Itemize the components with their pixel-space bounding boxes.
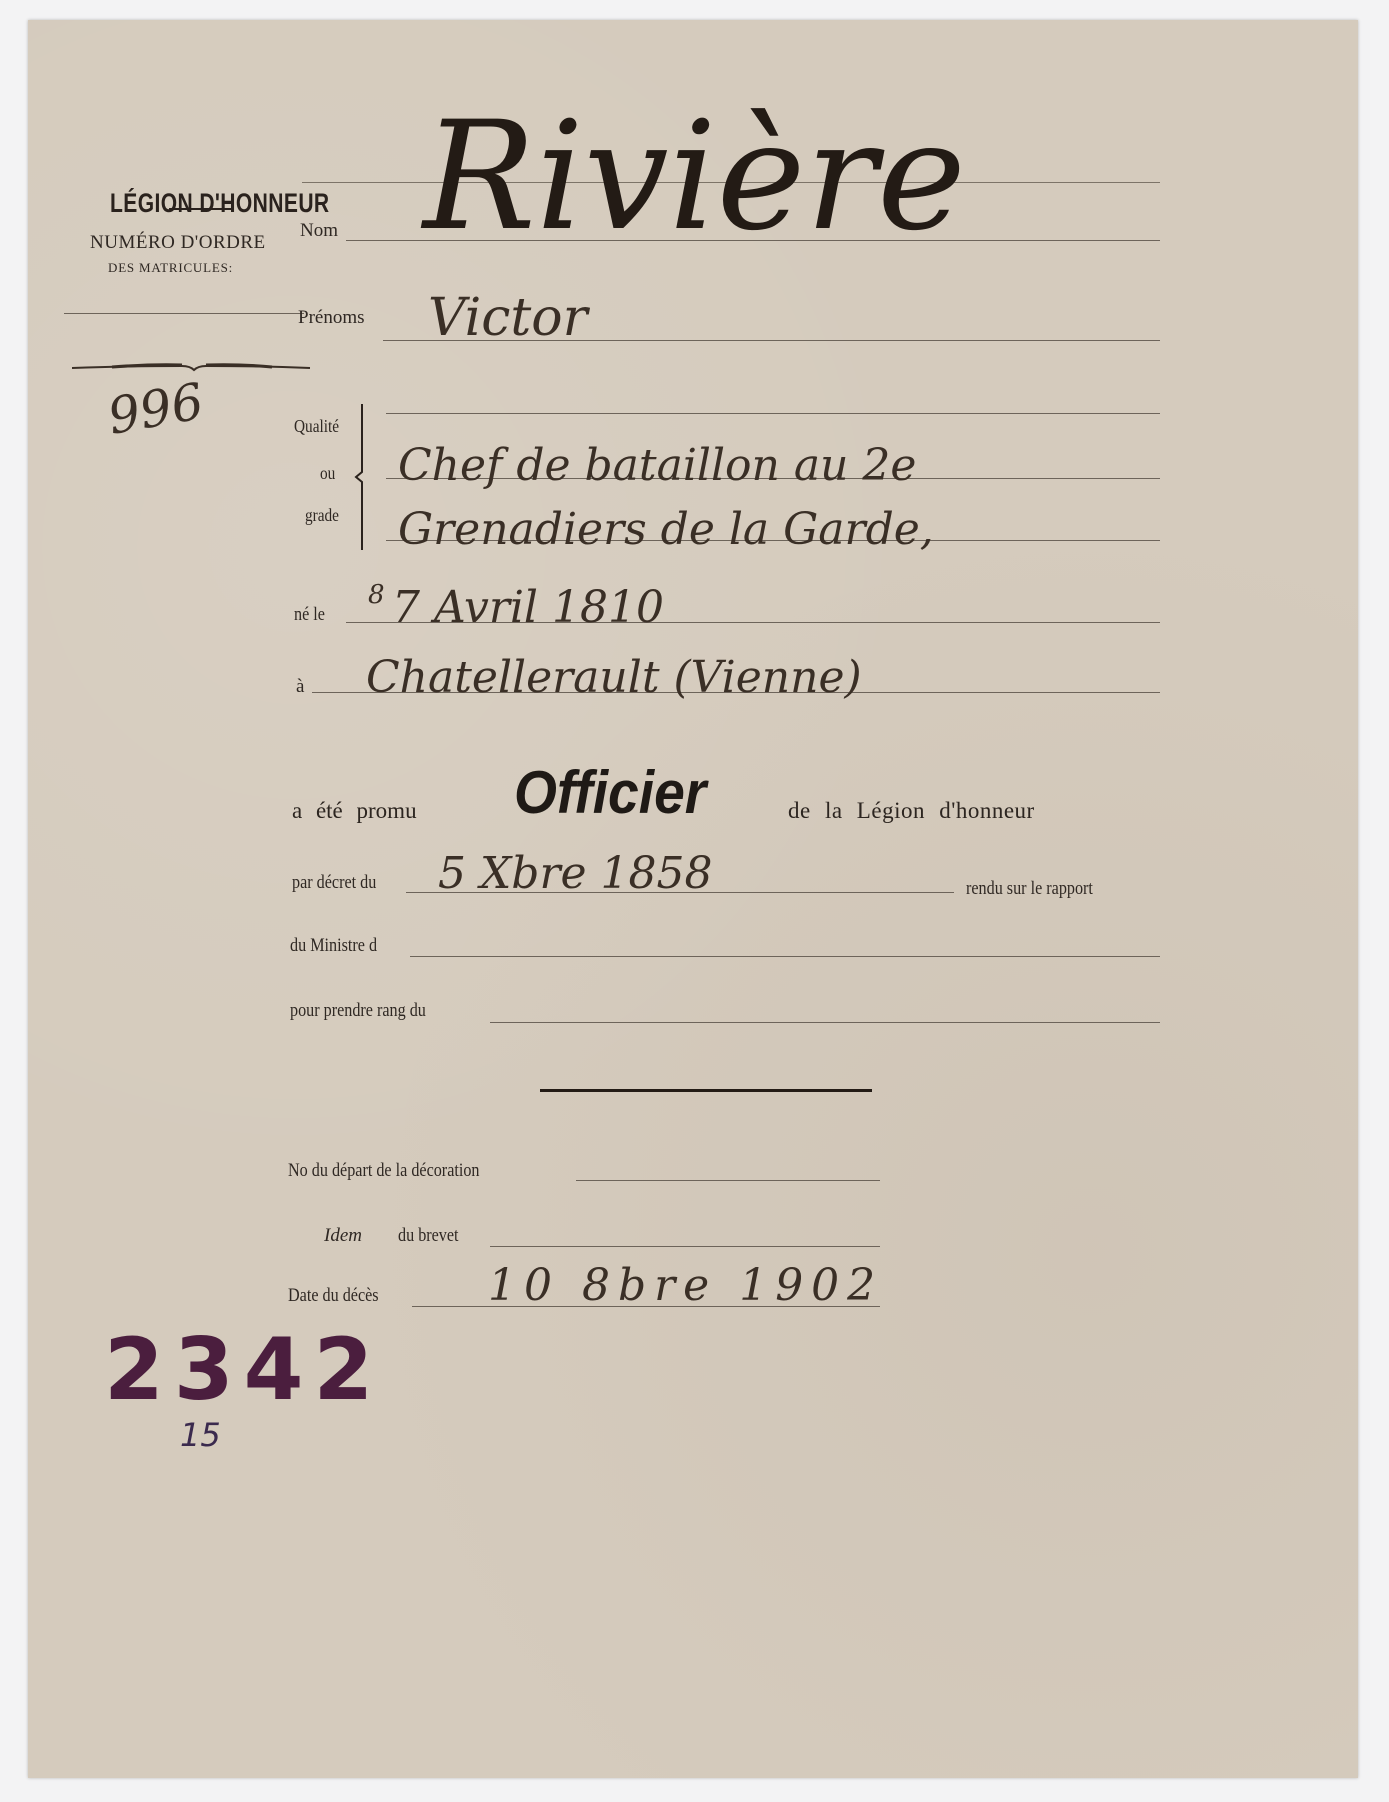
- ministre-label: du Ministre d: [290, 935, 377, 957]
- promotion-rank: Officier: [514, 758, 706, 827]
- promotion-prefix: a été promu: [292, 798, 417, 824]
- header-divider: [169, 208, 231, 210]
- deces-label: Date du décès: [288, 1285, 379, 1307]
- ne-le-correction: 8: [368, 580, 385, 610]
- lieu-label: à: [296, 676, 304, 698]
- qualite-rule-1: [386, 413, 1160, 414]
- ne-le-label: né le: [294, 604, 325, 626]
- stamp-number: 2342: [104, 1320, 383, 1420]
- qualite-label-line1: Qualité: [294, 416, 339, 437]
- qualite-label-line3: grade: [305, 505, 339, 526]
- qualite-brace: [350, 402, 370, 552]
- brevet-label-italic: Idem: [324, 1225, 362, 1247]
- lieu-value: Chatellerault (Vienne): [366, 652, 862, 703]
- ne-le-value: 7 Avril 1810: [392, 582, 664, 633]
- nom-label: Nom: [300, 220, 338, 242]
- ministre-field[interactable]: [410, 956, 1160, 957]
- decree-label: par décret du: [292, 872, 376, 894]
- stamp-sub-number: 15: [180, 1416, 221, 1454]
- brevet-field[interactable]: [490, 1246, 880, 1247]
- depart-field[interactable]: [576, 1180, 880, 1181]
- header-title: LÉGION D'HONNEUR: [110, 188, 330, 219]
- qualite-value-line1: Chef de bataillon au 2e: [398, 440, 916, 491]
- prenoms-value: Victor: [428, 288, 587, 348]
- promotion-suffix: de la Légion d'honneur: [788, 798, 1035, 824]
- matricule-number: 996: [104, 372, 208, 446]
- matricule-rule: [64, 313, 304, 314]
- prenoms-label: Prénoms: [298, 307, 365, 329]
- decree-value: 5 Xbre 1858: [438, 848, 713, 899]
- section-separator: [540, 1089, 872, 1092]
- nom-value: Rivière: [423, 90, 966, 264]
- qualite-label-line2: ou: [320, 463, 335, 484]
- rang-field[interactable]: [490, 1022, 1160, 1023]
- deces-value: 10 8bre 1902: [488, 1260, 883, 1311]
- decree-trailing-label: rendu sur le rapport: [966, 878, 1093, 900]
- depart-label: No du départ de la décoration: [288, 1160, 479, 1182]
- brevet-label: du brevet: [398, 1225, 459, 1247]
- document-page: LÉGION D'HONNEUR NUMÉRO D'ORDRE DES MATR…: [28, 20, 1358, 1778]
- header-subtitle-line1: NUMÉRO D'ORDRE: [90, 232, 266, 254]
- rang-label: pour prendre rang du: [290, 1000, 426, 1022]
- qualite-value-line2: Grenadiers de la Garde,: [398, 504, 934, 555]
- header-subtitle-line2: DES MATRICULES:: [108, 260, 233, 276]
